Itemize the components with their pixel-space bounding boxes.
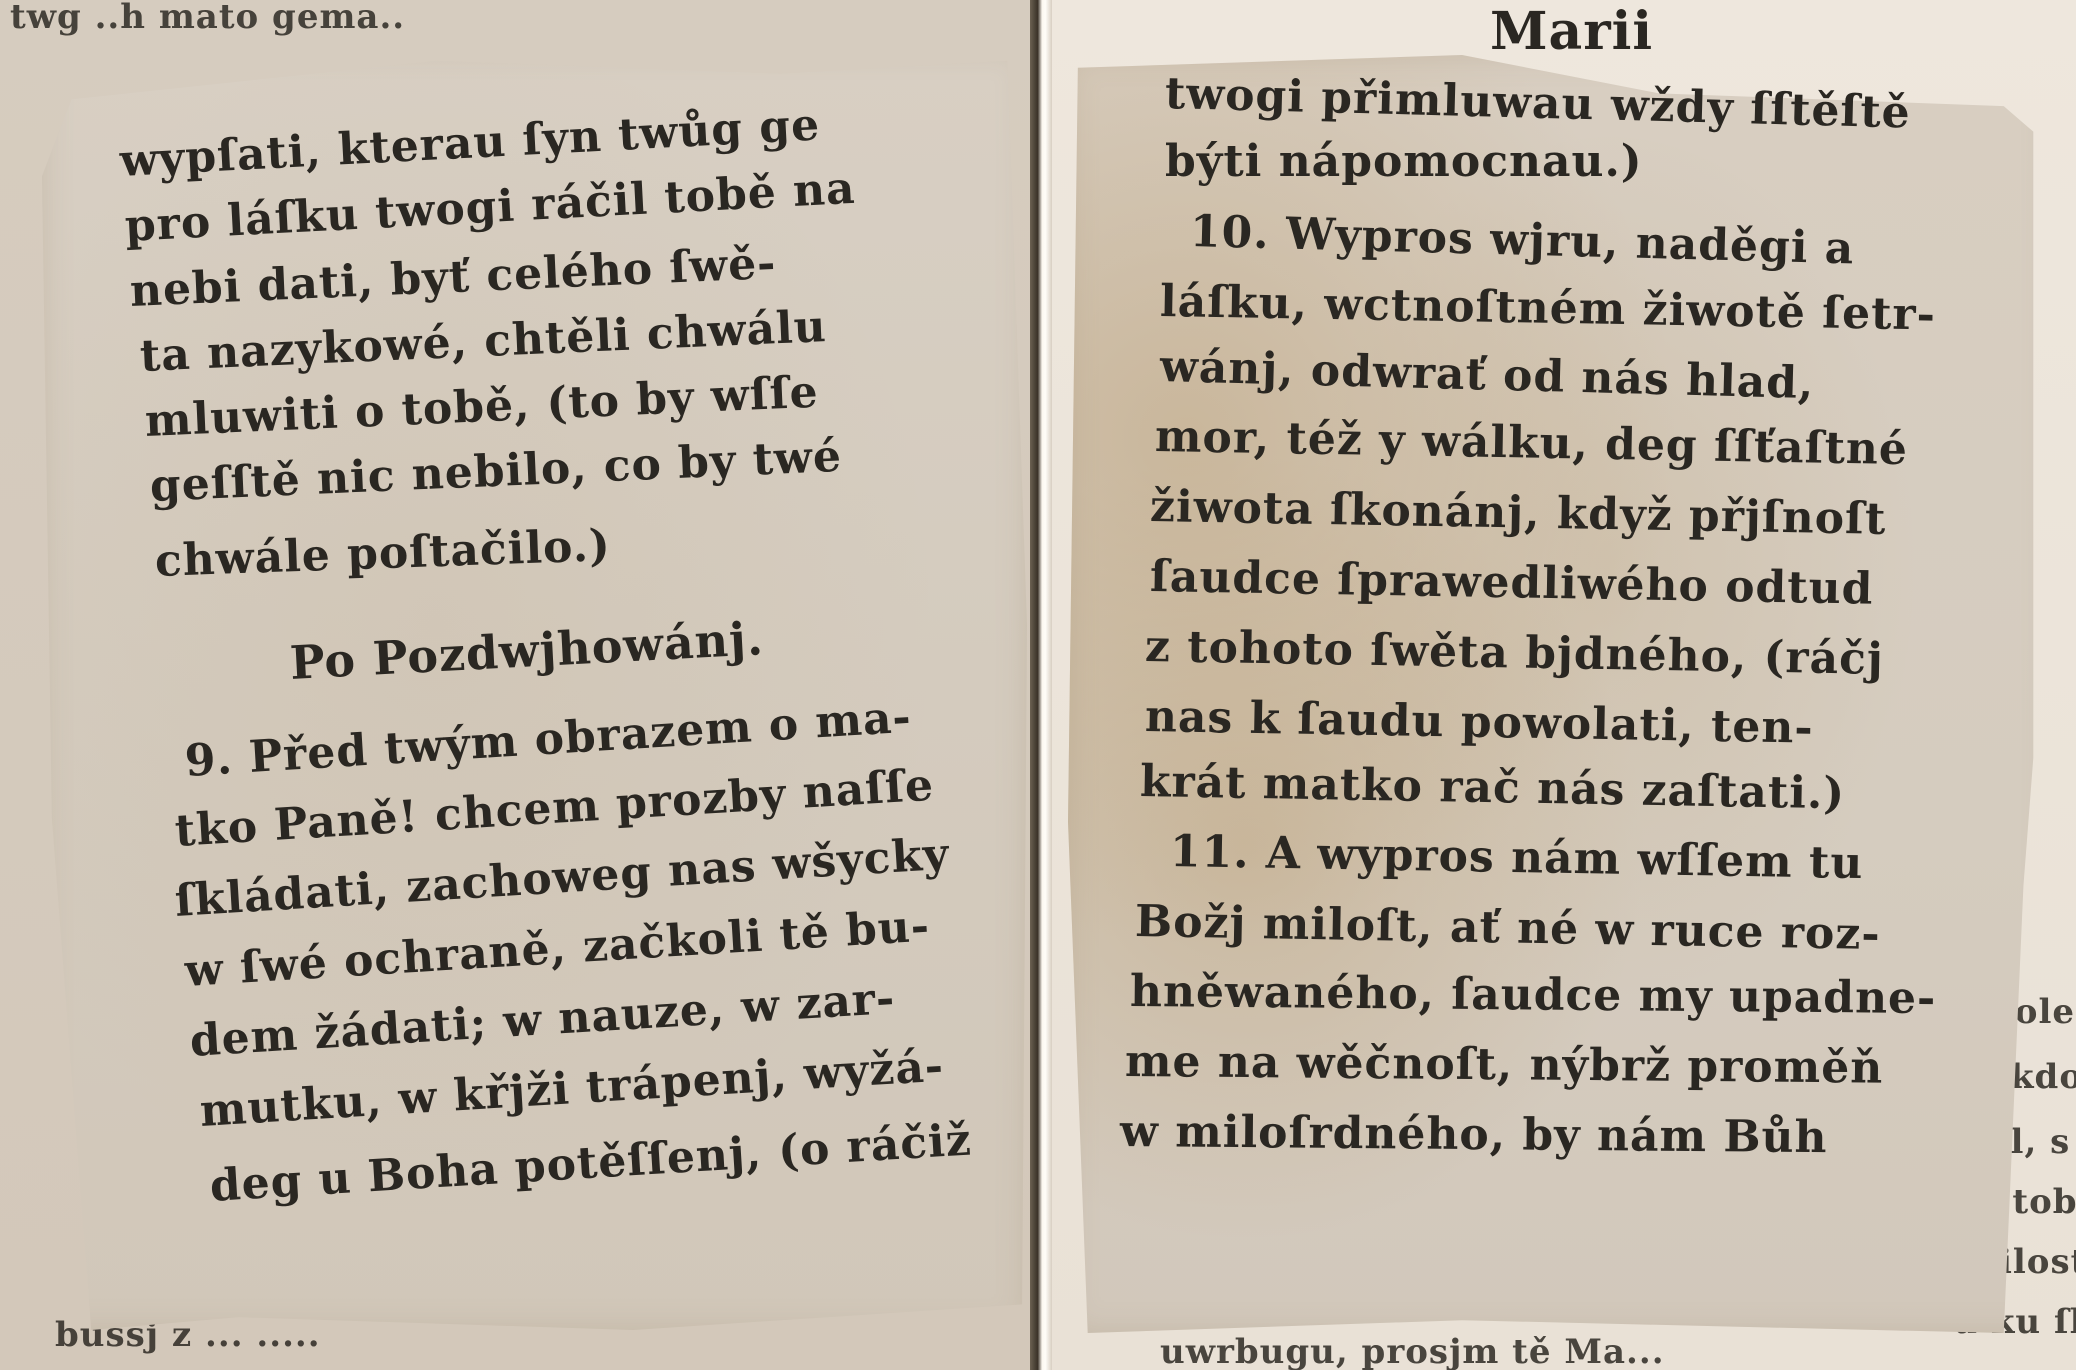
book-gutter: [1030, 0, 1052, 1370]
margin-line: kdo: [2010, 1060, 2076, 1094]
text-line: mor, též y wálku, deg ſſťaſtné: [1155, 415, 1909, 472]
text-line: me na wěčnoſt, nýbrž proměň: [1125, 1040, 1884, 1091]
text-line: Božj miloſt, ať né w ruce roz-: [1135, 900, 1881, 957]
text-line: hněwaného, ſaudce my upadne-: [1130, 970, 1937, 1021]
background-bottom-right-fragment: uwrbugu, prosjm tě Ma...: [1160, 1335, 1665, 1369]
background-top-left-fragment: twg ..h mato gema..: [10, 0, 405, 34]
text-line: w miloſrdného, by nám Bůh: [1120, 1110, 1828, 1160]
text-line: býti nápomocnau.): [1165, 140, 1643, 184]
text-line: 11. A wypros nám wſſem tu: [1170, 830, 1864, 886]
text-line: z tohoto ſwěta bjdného, (ráčj: [1145, 625, 1885, 682]
running-header: Marii: [1490, 6, 1653, 58]
text-line: krát matko rač nás zaſtati.): [1140, 760, 1846, 816]
text-line: láſku, wctnoſtném žiwotě ſetr-: [1160, 280, 1937, 338]
text-line: ſaudce ſprawedliwého odtud: [1150, 555, 1874, 612]
text-line: nas k ſaudu powolati, ten-: [1145, 695, 1814, 751]
text-line: žiwota ſkonánj, když přjſnoſt: [1150, 485, 1887, 542]
